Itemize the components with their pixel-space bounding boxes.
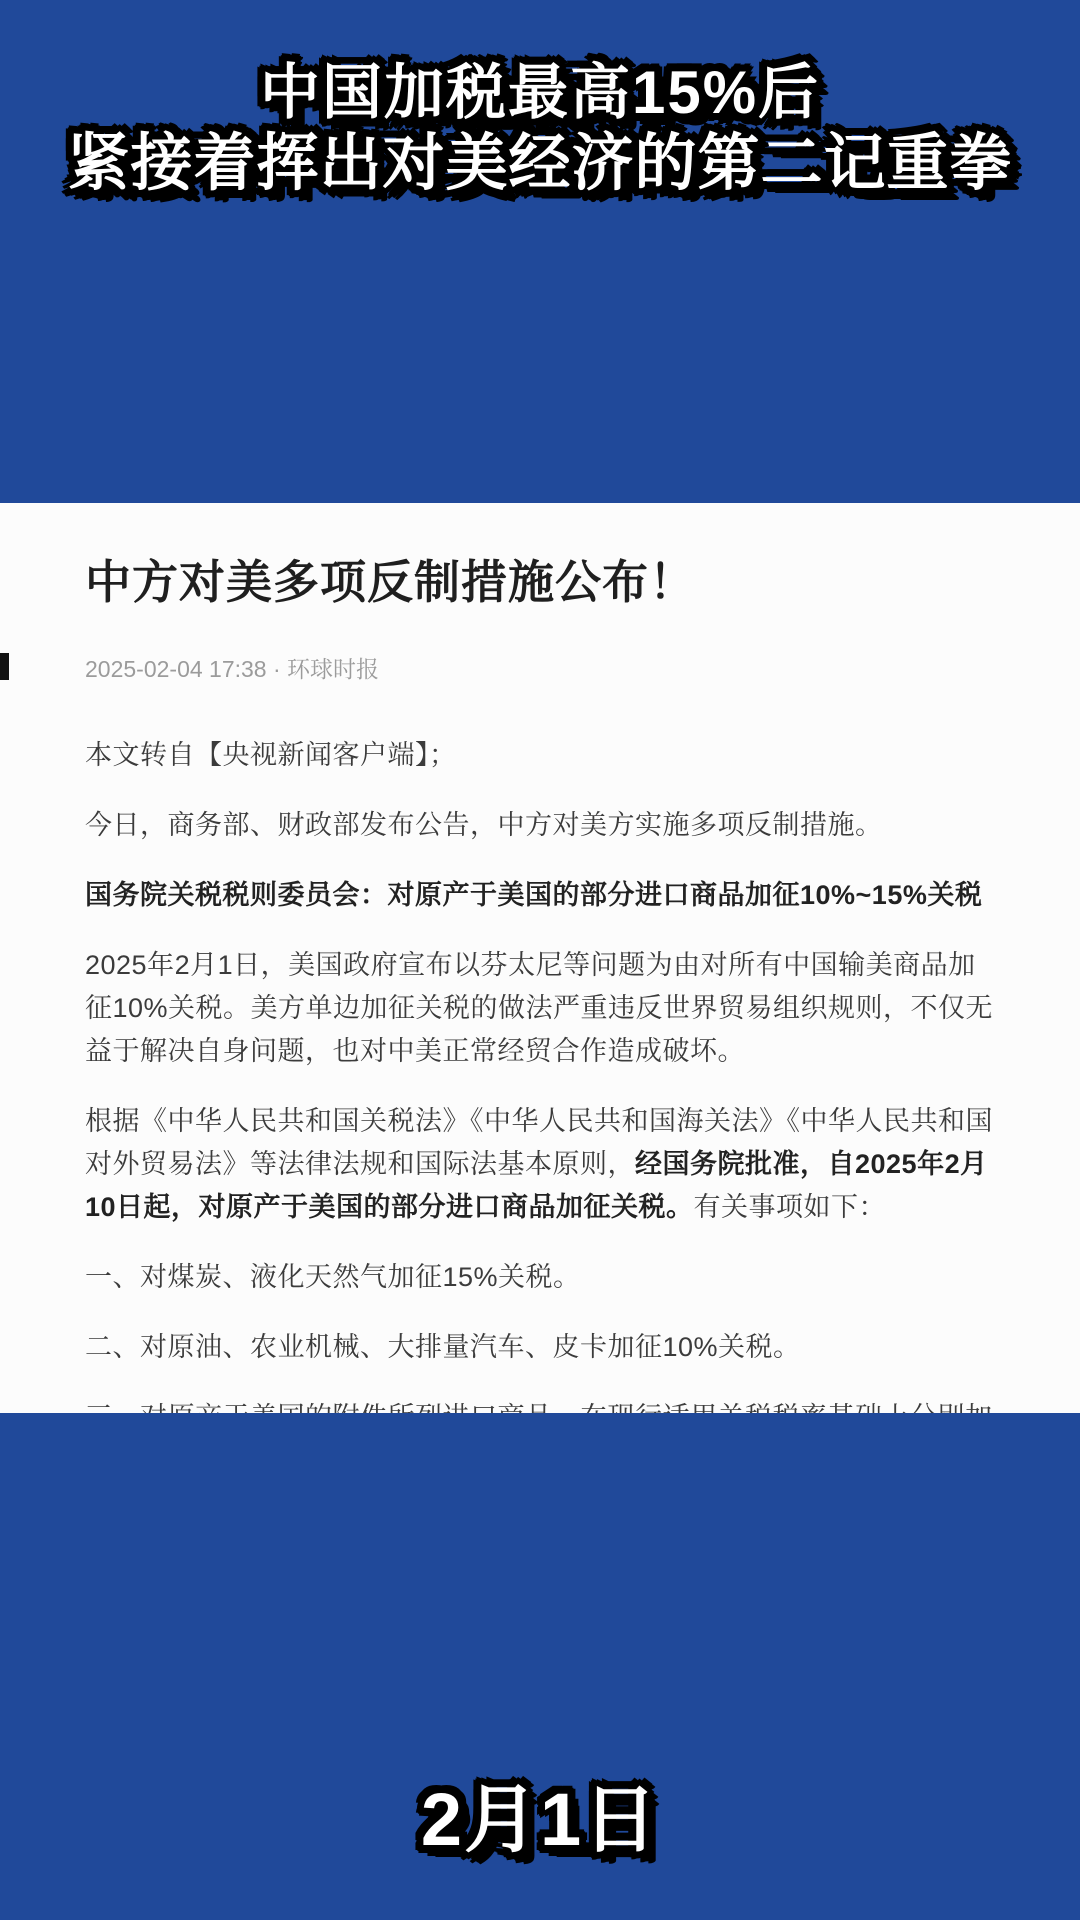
article-screenshot-panel: 中方对美多项反制措施公布！ 2025-02-04 17:38 · 环球时报 本文… [0,503,1080,1413]
video-bottom-caption: 2月1日 [0,1778,1080,1862]
article-paragraph-source: 本文转自【央视新闻客户端】； [85,734,1000,777]
article-paragraph-law: 根据《中华人民共和国关税法》《中华人民共和国海关法》《中华人民共和国对外贸易法》… [85,1100,1000,1229]
article-tariff-heading: 国务院关税税则委员会：对原产于美国的部分进口商品加征10%~15%关税 [85,874,1000,917]
article-paragraph-us-action: 2025年2月1日，美国政府宣布以芬太尼等问题为由对所有中国输美商品加征10%关… [85,944,1000,1073]
law-paragraph-normal-part2: 有关事项如下： [694,1192,887,1222]
article-list-item-1: 一、对煤炭、液化天然气加征15%关税。 [85,1256,1000,1299]
top-caption-line1: 中国加税最高15%后 [0,57,1080,128]
video-top-caption: 中国加税最高15%后 紧接着挥出对美经济的第二记重拳 [0,57,1080,199]
article-list-item-2: 二、对原油、农业机械、大排量汽车、皮卡加征10%关税。 [85,1326,1000,1369]
article-list-item-3-clipped: 三、对原产于美国的附件所列进口商品，在现行适用关税税率基础上分别加征相应关 [85,1396,1000,1413]
video-frame: 中国加税最高15%后 紧接着挥出对美经济的第二记重拳 中方对美多项反制措施公布！… [0,0,1080,1920]
article-meta: 2025-02-04 17:38 · 环球时报 [85,654,1000,684]
top-caption-line2: 紧接着挥出对美经济的第二记重拳 [0,128,1080,199]
article-title: 中方对美多项反制措施公布！ [85,552,1000,612]
article-paragraph-announcement: 今日，商务部、财政部发布公告，中方对美方实施多项反制措施。 [85,804,1000,847]
left-edge-artifact [0,653,9,680]
